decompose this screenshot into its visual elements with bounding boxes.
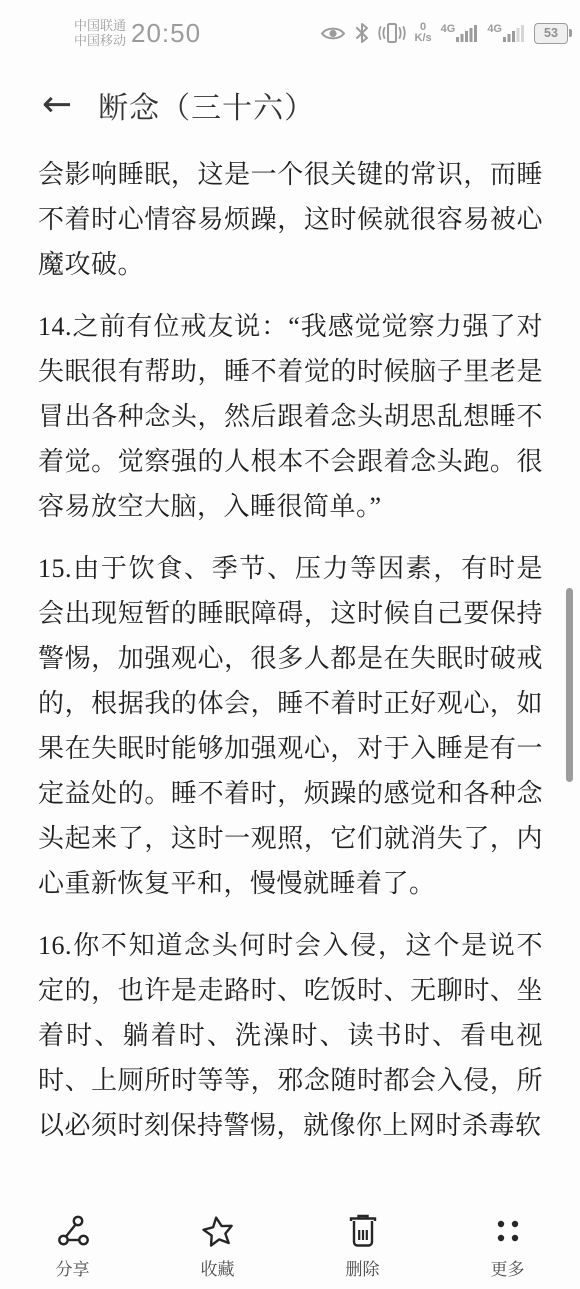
vibrate-icon <box>378 22 406 44</box>
trash-icon <box>345 1213 381 1249</box>
battery-percent: 53 <box>534 23 568 44</box>
clock: 20:50 <box>131 18 201 49</box>
more-button[interactable]: 更多 <box>435 1213 580 1280</box>
carrier-labels: 中国联通 中国移动 <box>74 18 126 48</box>
page-title: 断念（三十六） <box>98 83 315 127</box>
paragraph: 15.由于饮食、季节、压力等因素，有时是会出现短暂的睡眠障碍，这时候自己要保持警… <box>38 546 543 906</box>
network-speed: 0 K/s <box>415 22 432 44</box>
status-bar: 中国联通 中国移动 20:50 0 K/s <box>0 0 580 62</box>
share-icon <box>55 1213 91 1249</box>
back-arrow-icon: ← <box>42 84 72 125</box>
sim2-network-type: 4G <box>487 24 502 34</box>
bluetooth-icon <box>355 22 369 44</box>
more-label: 更多 <box>491 1255 525 1280</box>
paragraph: 会影响睡眠，这是一个很关键的常识，而睡不着时心情容易烦躁，这时候就很容易被心魔攻… <box>38 152 543 287</box>
carrier-2: 中国移动 <box>74 33 126 48</box>
star-icon <box>200 1213 236 1249</box>
phone-screen: 中国联通 中国移动 20:50 0 K/s <box>0 0 580 1289</box>
network-speed-unit: K/s <box>415 33 432 44</box>
eye-comfort-icon <box>320 25 346 42</box>
bottom-toolbar: 分享 收藏 删除 <box>0 1203 580 1289</box>
share-label: 分享 <box>56 1255 90 1280</box>
carrier-1: 中国联通 <box>74 18 126 33</box>
sim1-network-type: 4G <box>441 24 456 34</box>
header: ← 断念（三十六） <box>0 62 580 148</box>
battery-nub <box>569 29 572 37</box>
favorite-button[interactable]: 收藏 <box>145 1213 290 1280</box>
sim2-signal: 4G <box>487 24 525 42</box>
sim1-signal-bars-icon <box>456 24 478 42</box>
share-button[interactable]: 分享 <box>0 1213 145 1280</box>
paragraph: 14.之前有位戒友说：“我感觉觉察力强了对失眠很有帮助，睡不着觉的时候脑子里老是… <box>38 304 543 529</box>
scrollbar-thumb[interactable] <box>566 588 573 782</box>
battery-indicator: 53 <box>534 23 572 44</box>
more-dots-icon <box>490 1213 526 1249</box>
paragraph: 16.你不知道念头何时会入侵，这个是说不定的，也许是走路时、吃饭时、无聊时、坐着… <box>38 923 543 1148</box>
sim2-signal-bars-icon <box>503 24 525 42</box>
delete-label: 删除 <box>346 1255 380 1280</box>
sim1-signal: 4G <box>441 24 479 42</box>
back-button[interactable]: ← <box>42 87 72 123</box>
article-body: 会影响睡眠，这是一个很关键的常识，而睡不着时心情容易烦躁，这时候就很容易被心魔攻… <box>0 146 580 1203</box>
delete-button[interactable]: 删除 <box>290 1213 435 1280</box>
favorite-label: 收藏 <box>201 1255 235 1280</box>
